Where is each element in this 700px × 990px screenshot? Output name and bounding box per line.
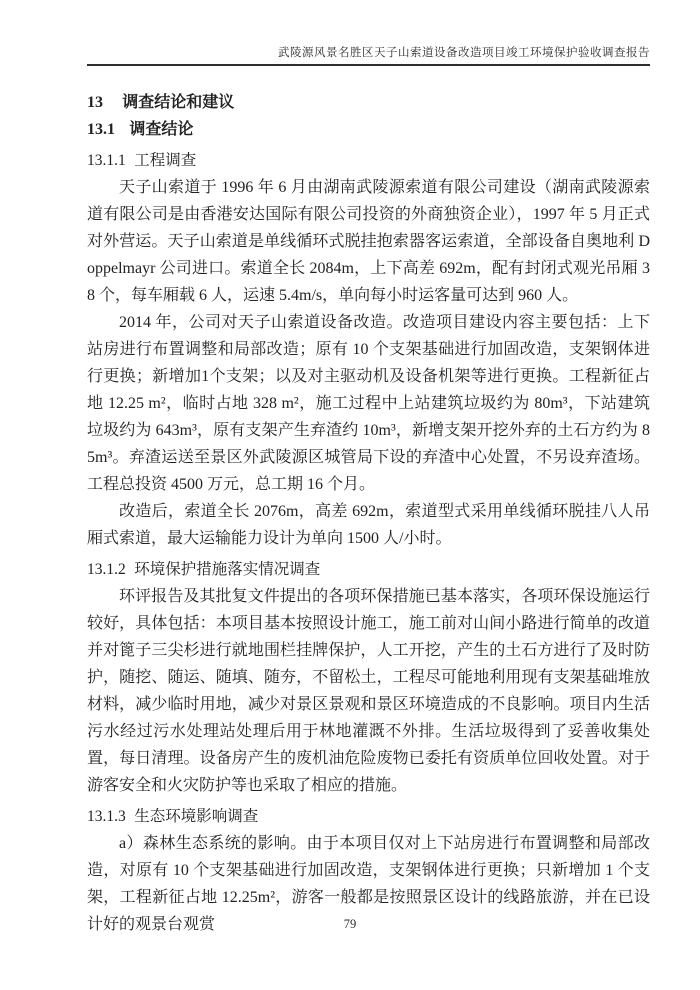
- header-rule: [87, 64, 650, 66]
- subsection-number: 13.1.1: [87, 152, 126, 169]
- chapter-title: 调查结论和建议: [122, 94, 234, 111]
- section-number: 13.1: [87, 121, 115, 138]
- subsection-number: 13.1.2: [87, 561, 126, 578]
- subsection-heading-eco-impact: 13.1.3生态环境影响调查: [87, 803, 650, 830]
- document-page: 武陵源风景名胜区天子山索道设备改造项目竣工环境保护验收调查报告 13调查结论和建…: [0, 0, 700, 990]
- subsection-title: 工程调查: [134, 152, 196, 169]
- subsection-number: 13.1.3: [87, 808, 126, 825]
- section-heading: 13.1调查结论: [87, 116, 650, 143]
- page-number: 79: [0, 917, 700, 932]
- running-header-title: 武陵源风景名胜区天子山索道设备改造项目竣工环境保护验收调查报告: [87, 46, 650, 60]
- subsection-heading-env-measures: 13.1.2环境保护措施落实情况调查: [87, 556, 650, 583]
- chapter-heading: 13调查结论和建议: [87, 89, 650, 116]
- paragraph-post-renovation-specs: 改造后，索道全长 2076m，高差 692m，索道型式采用单线循环脱挂八人吊厢式…: [87, 498, 650, 552]
- paragraph-project-history: 天子山索道于 1996 年 6 月由湖南武陵源索道有限公司建设（湖南武陵源索道有…: [87, 174, 650, 309]
- chapter-number: 13: [87, 94, 103, 111]
- section-title: 调查结论: [129, 121, 193, 138]
- subsection-title: 环境保护措施落实情况调查: [134, 561, 320, 578]
- subsection-title: 生态环境影响调查: [134, 808, 258, 825]
- document-body: 13调查结论和建议 13.1调查结论 13.1.1工程调查 天子山索道于 199…: [87, 89, 650, 938]
- page-header: 武陵源风景名胜区天子山索道设备改造项目竣工环境保护验收调查报告: [87, 46, 650, 66]
- paragraph-renovation-content: 2014 年，公司对天子山索道设备改造。改造项目建设内容主要包括：上下站房进行布…: [87, 309, 650, 498]
- subsection-heading-engineering: 13.1.1工程调查: [87, 147, 650, 174]
- paragraph-env-measures: 环评报告及其批复文件提出的各项环保措施已基本落实，各项环保设施运行较好，具体包括…: [87, 583, 650, 799]
